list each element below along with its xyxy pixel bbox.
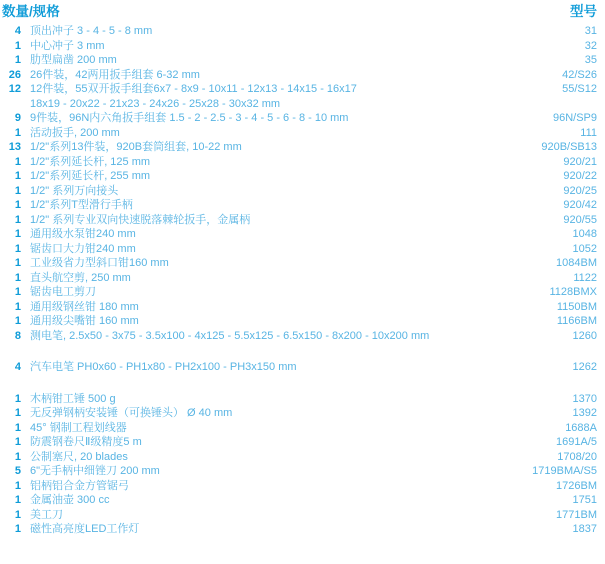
table-row: 11/2" 系列专业双向快速脱落棘轮扳手，金属柄920/55: [2, 213, 597, 228]
quantity-cell: 1: [2, 198, 21, 213]
model-cell: 1052: [573, 242, 597, 257]
description-cell: 1/2" 系列万向接头: [30, 184, 555, 199]
table-row: 1活动扳手, 200 mm111: [2, 126, 597, 141]
model-cell: 1691A/5: [556, 435, 597, 450]
model-cell: 920/55: [563, 213, 597, 228]
description-cell: 无反弹钢柄安装锤（可换锤头） Ø 40 mm: [30, 406, 565, 421]
header-quantity-spec: 数量/规格: [2, 2, 60, 21]
description-cell: 汽车电笔 PH0x60 - PH1x80 - PH2x100 - PH3x150…: [30, 360, 565, 375]
table-row: 1无反弹钢柄安装锤（可换锤头） Ø 40 mm1392: [2, 406, 597, 421]
table-row: 11/2"系列延长杆, 255 mm920/22: [2, 169, 597, 184]
table-row: 1磁性高亮度LED工作灯1837: [2, 522, 597, 537]
description-cell: 锯齿电工剪刀: [30, 285, 542, 300]
quantity-cell: 1: [2, 314, 21, 329]
model-cell: 42/S26: [562, 68, 597, 83]
quantity-cell: 1: [2, 522, 21, 537]
description-cell: 1/2"系列延长杆, 255 mm: [30, 169, 555, 184]
model-cell: 1260: [573, 329, 597, 344]
quantity-cell: 1: [2, 184, 21, 199]
table-row: 1直头航空剪, 250 mm1122: [2, 271, 597, 286]
description-cell: 测电笔, 2.5x50 - 3x75 - 3.5x100 - 4x125 - 5…: [30, 329, 565, 344]
description-cell: 铝柄铝合金方管锯弓: [30, 479, 548, 494]
description-cell: 工业级省力型斜口钳160 mm: [30, 256, 548, 271]
table-row: 99件装，96N内六角扳手组套 1.5 - 2 - 2.5 - 3 - 4 - …: [2, 111, 597, 126]
quantity-cell: 1: [2, 435, 21, 450]
quantity-cell: 26: [2, 68, 21, 83]
table-row: 1工业级省力型斜口钳160 mm1084BM: [2, 256, 597, 271]
quantity-cell: 9: [2, 111, 21, 126]
description-cell: 木柄钳工锤 500 g: [30, 392, 565, 407]
quantity-cell: 1: [2, 213, 21, 228]
table-row: 1铝柄铝合金方管锯弓1726BM: [2, 479, 597, 494]
description-cell: 中心冲子 3 mm: [30, 39, 577, 54]
quantity-cell: 5: [2, 464, 21, 479]
table-row: 56"无手柄中细锉刀 200 mm1719BMA/S5: [2, 464, 597, 479]
model-cell: 96N/SP9: [553, 111, 597, 126]
header-model: 型号: [570, 2, 597, 21]
model-cell: 920B/SB13: [541, 140, 597, 155]
model-cell: 920/22: [563, 169, 597, 184]
model-cell: 31: [585, 24, 597, 39]
quantity-cell: 1: [2, 227, 21, 242]
table-row: 4顶出冲子 3 - 4 - 5 - 8 mm31: [2, 24, 597, 39]
description-cell: 肋型扁凿 200 mm: [30, 53, 577, 68]
quantity-cell: 12: [2, 82, 21, 97]
table-row: 1公制塞尺, 20 blades1708/20: [2, 450, 597, 465]
model-cell: 55/S12: [562, 82, 597, 97]
table-row: 11/2" 系列万向接头920/25: [2, 184, 597, 199]
model-cell: 1122: [573, 271, 597, 286]
model-cell: 1084BM: [556, 256, 597, 271]
description-cell: 1/2"系列T型滑行手柄: [30, 198, 555, 213]
table-row: 1212件装，55双开扳手组套6x7 - 8x9 - 10x11 - 12x13…: [2, 82, 597, 111]
table-row: 1防震钢卷尺Ⅱ级精度5 m1691A/5: [2, 435, 597, 450]
description-cell: 磁性高亮度LED工作灯: [30, 522, 565, 537]
quantity-cell: 1: [2, 39, 21, 54]
quantity-cell: 4: [2, 360, 21, 375]
description-cell: 锯齿口大力钳240 mm: [30, 242, 565, 257]
table-row: 11/2"系列延长杆, 125 mm920/21: [2, 155, 597, 170]
quantity-cell: 1: [2, 392, 21, 407]
quantity-cell: 4: [2, 24, 21, 39]
model-cell: 920/25: [563, 184, 597, 199]
quantity-cell: 8: [2, 329, 21, 344]
quantity-cell: 1: [2, 242, 21, 257]
row-spacer: [2, 375, 597, 392]
quantity-cell: 1: [2, 406, 21, 421]
model-cell: 1726BM: [556, 479, 597, 494]
table-row: 1金属油壶 300 cc1751: [2, 493, 597, 508]
table-row: 1肋型扁凿 200 mm35: [2, 53, 597, 68]
catalog-page: 数量/规格 型号 4顶出冲子 3 - 4 - 5 - 8 mm311中心冲子 3…: [0, 0, 605, 537]
quantity-cell: 1: [2, 285, 21, 300]
row-spacer: [2, 343, 597, 360]
description-cell: 1/2" 系列专业双向快速脱落棘轮扳手，金属柄: [30, 213, 555, 228]
description-cell: 美工刀: [30, 508, 548, 523]
quantity-cell: 1: [2, 508, 21, 523]
model-cell: 1370: [573, 392, 597, 407]
item-list: 4顶出冲子 3 - 4 - 5 - 8 mm311中心冲子 3 mm321肋型扁…: [2, 24, 597, 537]
description-cell: 9件装，96N内六角扳手组套 1.5 - 2 - 2.5 - 3 - 4 - 5…: [30, 111, 545, 126]
table-row: 1通用级尖嘴钳 160 mm1166BM: [2, 314, 597, 329]
description-cell: 直头航空剪, 250 mm: [30, 271, 565, 286]
table-row: 1木柄钳工锤 500 g1370: [2, 392, 597, 407]
table-row: 145° 钢制工程划线器1688A: [2, 421, 597, 436]
description-cell: 金属油壶 300 cc: [30, 493, 565, 508]
quantity-cell: 1: [2, 450, 21, 465]
table-row: 8测电笔, 2.5x50 - 3x75 - 3.5x100 - 4x125 - …: [2, 329, 597, 344]
table-row: 2626件装，42两用扳手组套 6-32 mm42/S26: [2, 68, 597, 83]
table-row: 11/2"系列T型滑行手柄920/42: [2, 198, 597, 213]
model-cell: 1392: [573, 406, 597, 421]
model-cell: 1166BM: [557, 314, 597, 329]
quantity-cell: 1: [2, 421, 21, 436]
description-cell: 12件装，55双开扳手组套6x7 - 8x9 - 10x11 - 12x13 -…: [30, 82, 554, 111]
model-cell: 1048: [573, 227, 597, 242]
quantity-cell: 1: [2, 479, 21, 494]
table-row: 1锯齿电工剪刀1128BMX: [2, 285, 597, 300]
model-cell: 1771BM: [556, 508, 597, 523]
quantity-cell: 1: [2, 126, 21, 141]
quantity-cell: 1: [2, 155, 21, 170]
description-cell: 26件装，42两用扳手组套 6-32 mm: [30, 68, 554, 83]
model-cell: 1150BM: [557, 300, 597, 315]
table-row: 1锯齿口大力钳240 mm1052: [2, 242, 597, 257]
model-cell: 920/21: [563, 155, 597, 170]
description-cell: 1/2"系列13件装，920B套筒组套, 10-22 mm: [30, 140, 533, 155]
model-cell: 1751: [573, 493, 597, 508]
quantity-cell: 1: [2, 53, 21, 68]
table-row: 1美工刀1771BM: [2, 508, 597, 523]
table-row: 1通用级钢丝钳 180 mm1150BM: [2, 300, 597, 315]
model-cell: 1719BMA/S5: [532, 464, 597, 479]
description-cell: 防震钢卷尺Ⅱ级精度5 m: [30, 435, 548, 450]
description-cell: 顶出冲子 3 - 4 - 5 - 8 mm: [30, 24, 577, 39]
description-cell: 通用级尖嘴钳 160 mm: [30, 314, 549, 329]
model-cell: 1262: [573, 360, 597, 375]
description-cell: 6"无手柄中细锉刀 200 mm: [30, 464, 524, 479]
model-cell: 1708/20: [557, 450, 597, 465]
description-cell: 通用级钢丝钳 180 mm: [30, 300, 549, 315]
quantity-cell: 1: [2, 493, 21, 508]
model-cell: 111: [580, 126, 597, 141]
description-cell: 1/2"系列延长杆, 125 mm: [30, 155, 555, 170]
quantity-cell: 1: [2, 256, 21, 271]
description-cell: 公制塞尺, 20 blades: [30, 450, 549, 465]
description-cell: 活动扳手, 200 mm: [30, 126, 572, 141]
table-row: 4汽车电笔 PH0x60 - PH1x80 - PH2x100 - PH3x15…: [2, 360, 597, 375]
table-row: 1中心冲子 3 mm32: [2, 39, 597, 54]
description-cell: 通用级水泵钳240 mm: [30, 227, 565, 242]
quantity-cell: 1: [2, 169, 21, 184]
model-cell: 1128BMX: [550, 285, 598, 300]
table-row: 1通用级水泵钳240 mm1048: [2, 227, 597, 242]
quantity-cell: 1: [2, 300, 21, 315]
model-cell: 1688A: [565, 421, 597, 436]
description-cell: 45° 钢制工程划线器: [30, 421, 557, 436]
model-cell: 1837: [573, 522, 597, 537]
model-cell: 920/42: [563, 198, 597, 213]
quantity-cell: 1: [2, 271, 21, 286]
model-cell: 35: [585, 53, 597, 68]
table-header: 数量/规格 型号: [2, 2, 597, 21]
model-cell: 32: [585, 39, 597, 54]
quantity-cell: 13: [2, 140, 21, 155]
table-row: 131/2"系列13件装，920B套筒组套, 10-22 mm920B/SB13: [2, 140, 597, 155]
